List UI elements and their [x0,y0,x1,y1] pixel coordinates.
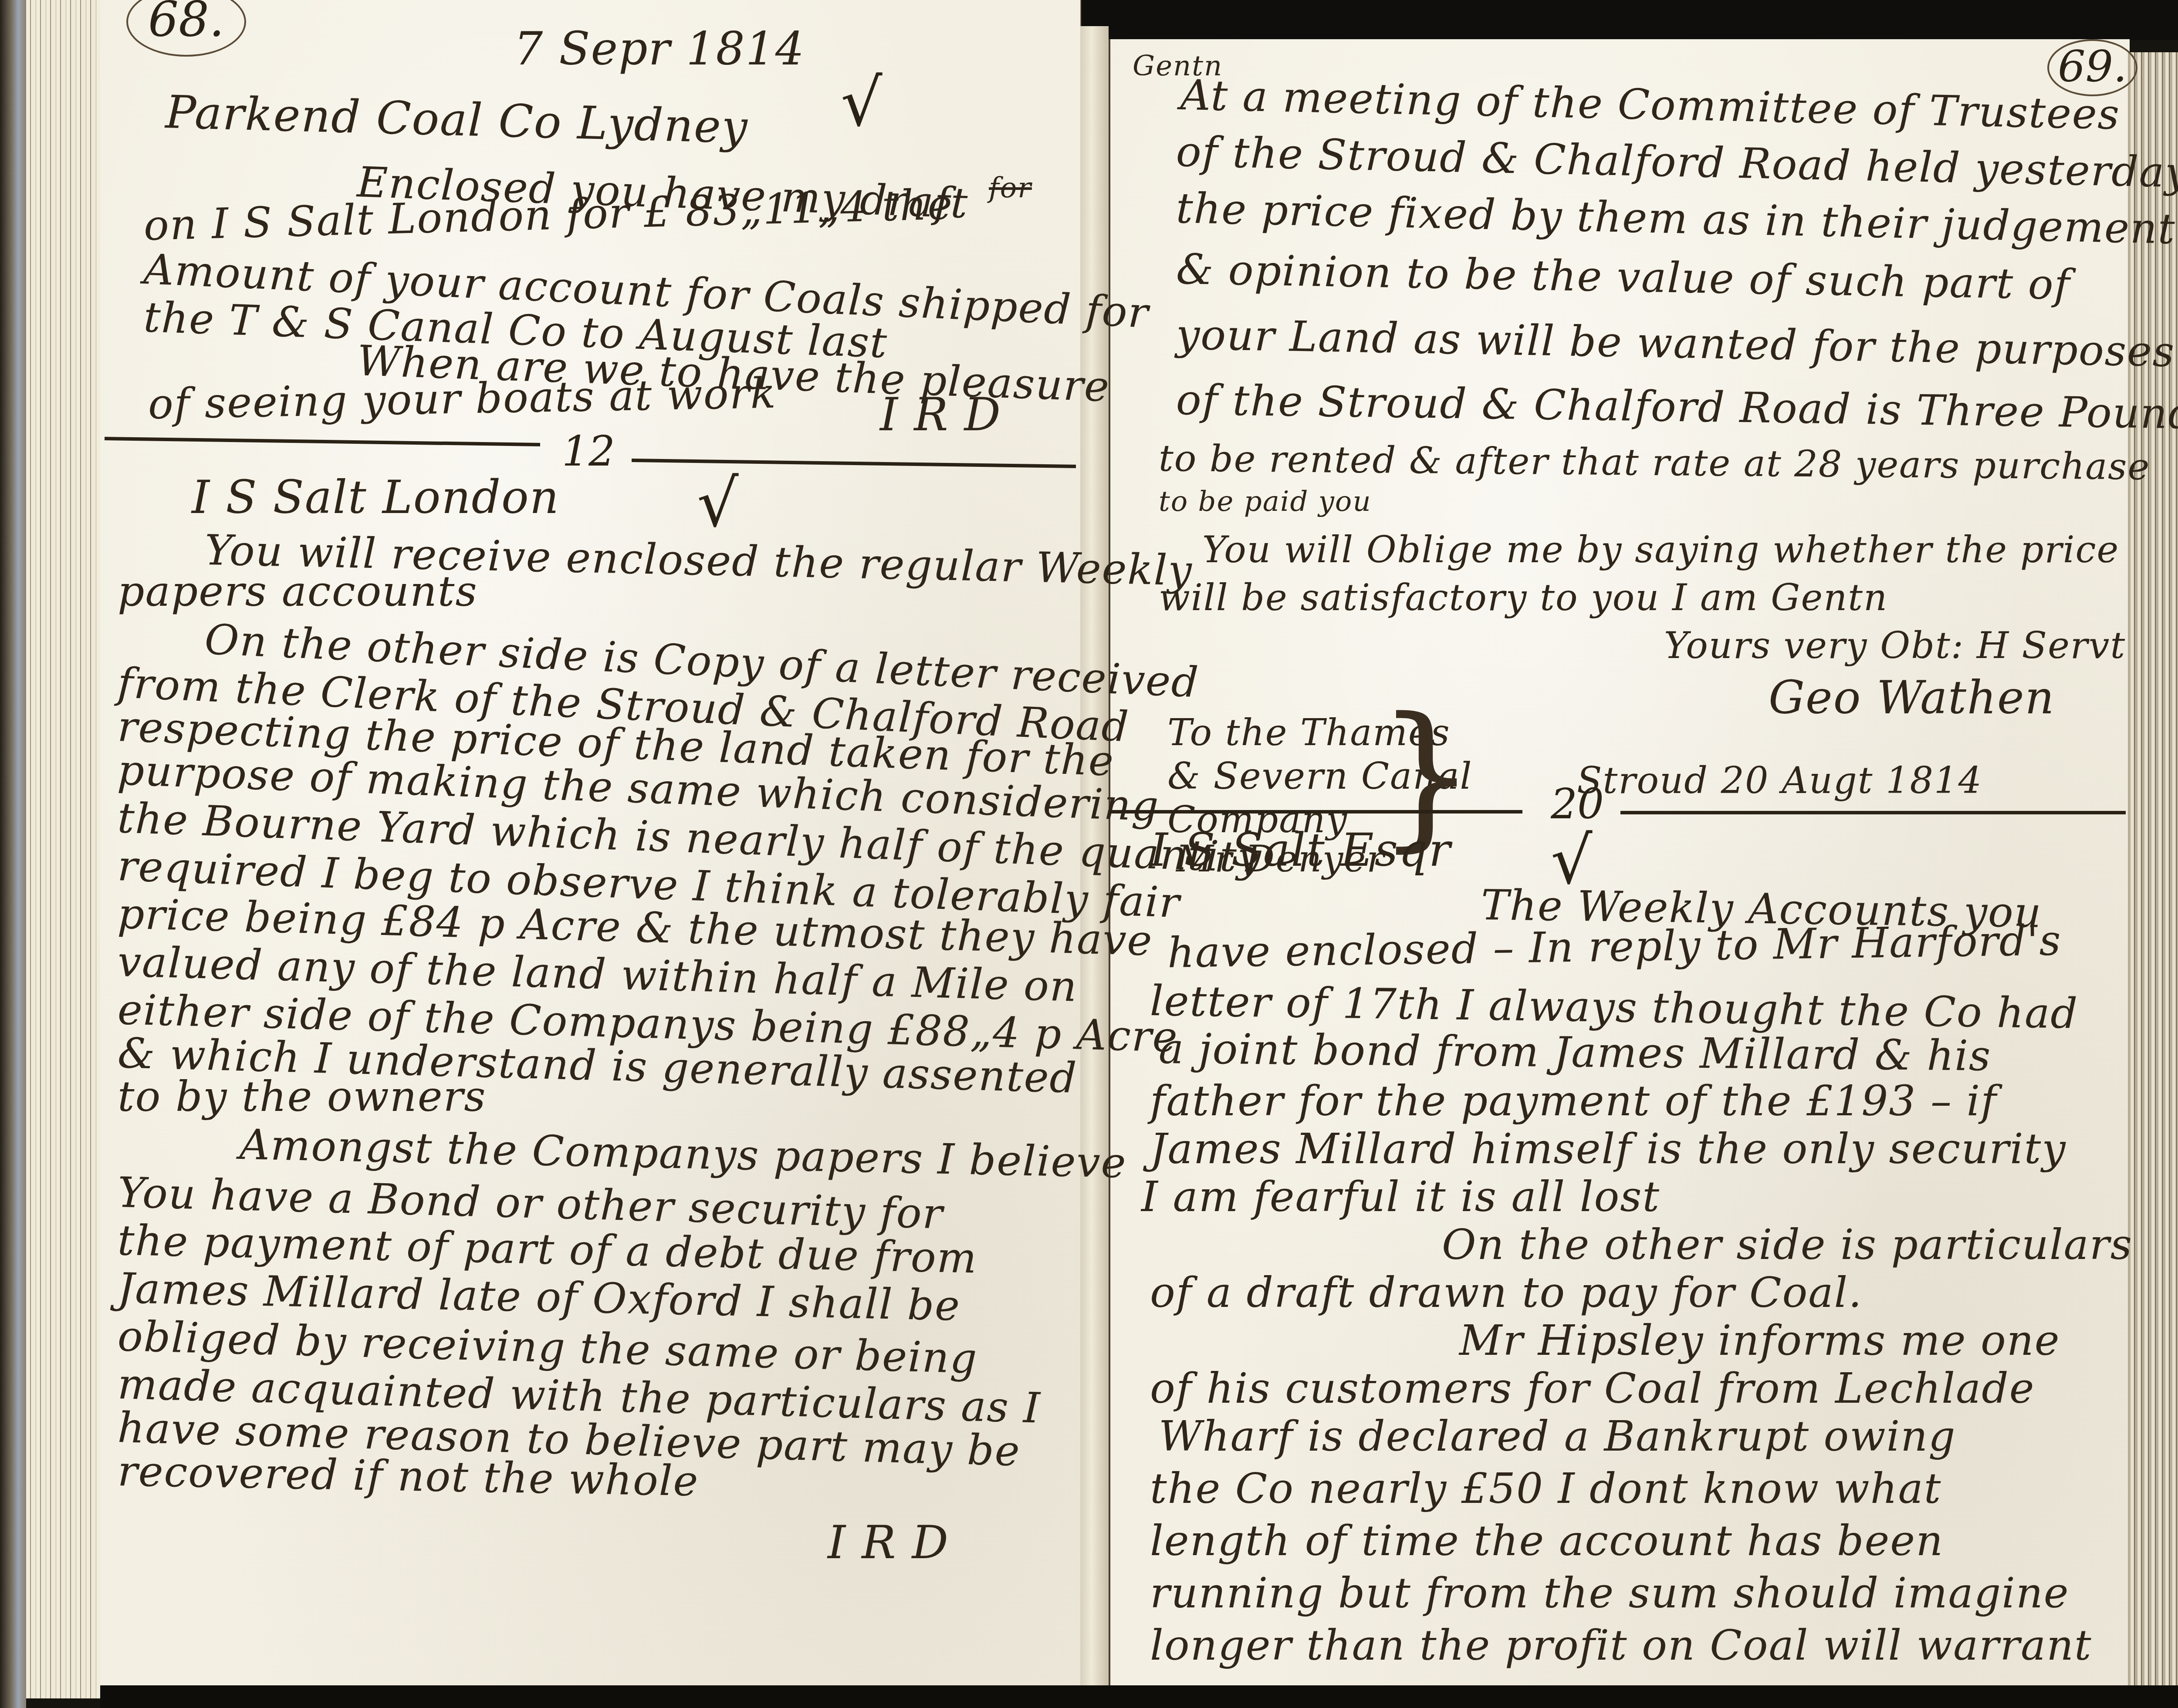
divider-line [1109,810,1522,813]
letter-line: to be rented & after that rate at 28 yea… [1159,440,2151,485]
letter-line: You will Oblige me by saying whether the… [1202,531,2119,568]
signature: I R D [828,1520,949,1565]
letter-line: of a draft drawn to pay for Coal. [1150,1272,1863,1313]
entry-addressee: I S Salt Esqr [1150,827,1451,873]
letter-line: will be satisfactory to you I am Gentn [1159,579,1888,616]
letter-line: the Co nearly £50 I dont know what [1150,1468,1941,1509]
closing-line: Yours very Obt: H Servt [1664,627,2126,664]
background-bottom [100,1685,2178,1708]
letter-line: recovered if not the whole [117,1450,699,1502]
entry-addressee: Parkend Coal Co Lydney [165,89,749,150]
letter-line: have enclosed – In reply to Mr Harford's [1167,919,2062,974]
letter-line: On the other side is particulars [1442,1224,2133,1266]
letter-line: a joint bond from James Millard & his [1159,1028,1992,1077]
signature: I R D [880,392,1001,437]
page-edge-stack [26,0,102,1698]
letter-line: running but from the sum should imagine [1150,1572,2070,1614]
letter-line: to by the owners [118,1076,487,1117]
background-top [1054,0,2178,40]
struck-word: for [989,174,1032,202]
letter-line: longer than the profit on Coal will warr… [1150,1624,2092,1666]
letter-line: to be paid you [1159,488,1372,516]
letter-line: James Millard himself is the only securi… [1150,1128,2066,1170]
check-mark-icon: √ [841,65,883,141]
page-edge-right [2128,52,2178,1707]
letter-line: of seeing your boats at work [148,372,777,425]
signature: Geo Wathen [1769,675,2055,720]
book-cover-left-edge [0,0,26,1708]
entry-number: 12 [562,427,615,476]
letter-line: Mr Hipsley informs me one [1459,1320,2060,1361]
letter-line: I am fearful it is all lost [1141,1176,1660,1218]
letter-line: of his customers for Coal from Lechlade [1150,1367,2035,1409]
letter-line: Wharf is declared a Bankrupt owing [1159,1415,1956,1457]
divider-line [1620,811,2126,814]
letter-line: length of time the account has been [1150,1520,1944,1562]
entry-date: 7 Sepr 1814 [514,26,805,71]
entry-addressee: I S Salt London [192,475,560,520]
letter-line: father for the payment of the £193 – if [1150,1080,1997,1122]
entry-number: 20 [1551,780,1604,828]
page-number-right: 69. [2047,39,2137,96]
letter-line: papers accounts [118,570,478,612]
check-mark-icon: √ [697,466,739,542]
place-date: Stroud 20 Augt 1814 [1577,762,1982,799]
